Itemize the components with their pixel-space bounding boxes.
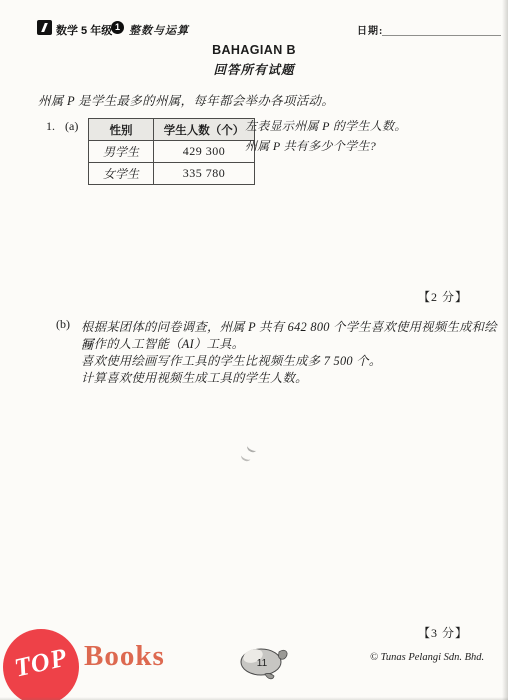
question-number: 1. [46, 119, 55, 134]
unit-title: 整数与运算 [129, 22, 189, 38]
section-subtitle: 回答所有试题 [0, 60, 508, 78]
table-header-row: 性别 学生人数（个） [89, 119, 255, 141]
pencil-smudge [240, 451, 252, 462]
students-table: 性别 学生人数（个） 男学生 429 300 女学生 335 780 [88, 118, 255, 185]
col-header-gender: 性别 [89, 119, 154, 141]
col-header-count: 学生人数（个） [154, 119, 255, 141]
date-fill-in-line [382, 22, 501, 36]
scan-edge-shadow [502, 0, 508, 700]
part-b-line4: 计算喜欢使用视频生成工具的学生人数。 [81, 368, 308, 386]
section-title: BAHAGIAN B [0, 43, 508, 57]
part-a-label: (a) [65, 119, 78, 134]
intro-text: 州属 P 是学生最多的州属，每年都会举办各项活动。 [38, 91, 334, 109]
cell-male-label: 男学生 [89, 141, 154, 163]
cell-male-count: 429 300 [154, 141, 255, 163]
page-number-mascot-icon: 11 [238, 643, 290, 683]
cell-female-count: 335 780 [154, 163, 255, 185]
workbook-page: 数学 5 年级 1 整数与运算 日期: BAHAGIAN B 回答所有试题 州属… [0, 0, 508, 700]
table-row: 女学生 335 780 [89, 163, 255, 185]
pencil-smudge [246, 442, 259, 454]
part-b-line2: 写作的人工智能（AI）工具。 [81, 334, 244, 352]
part-a-prompt-line2: 州属 P 共有多少个学生? [245, 137, 376, 154]
part-a-marks: 【2 分】 [418, 288, 468, 305]
table-row: 男学生 429 300 [89, 141, 255, 163]
date-label: 日期: [357, 22, 383, 37]
publisher-logo-icon [37, 20, 52, 35]
logo-slash-glyph [41, 23, 48, 32]
copyright-text: © Tunas Pelangi Sdn. Bhd. [370, 652, 484, 663]
series-title: 数学 5 年级 [56, 22, 112, 38]
unit-number-badge: 1 [111, 21, 124, 34]
page-number: 11 [257, 658, 268, 669]
cell-female-label: 女学生 [89, 163, 154, 185]
topbooks-watermark-books-text: Books [84, 640, 165, 673]
part-a-prompt-line1: 左表显示州属 P 的学生人数。 [245, 117, 407, 134]
part-b-label: (b) [56, 317, 70, 332]
part-b-marks: 【3 分】 [418, 624, 468, 641]
part-b-line3: 喜欢使用绘画写作工具的学生比视频生成多 7 500 个。 [81, 351, 381, 369]
